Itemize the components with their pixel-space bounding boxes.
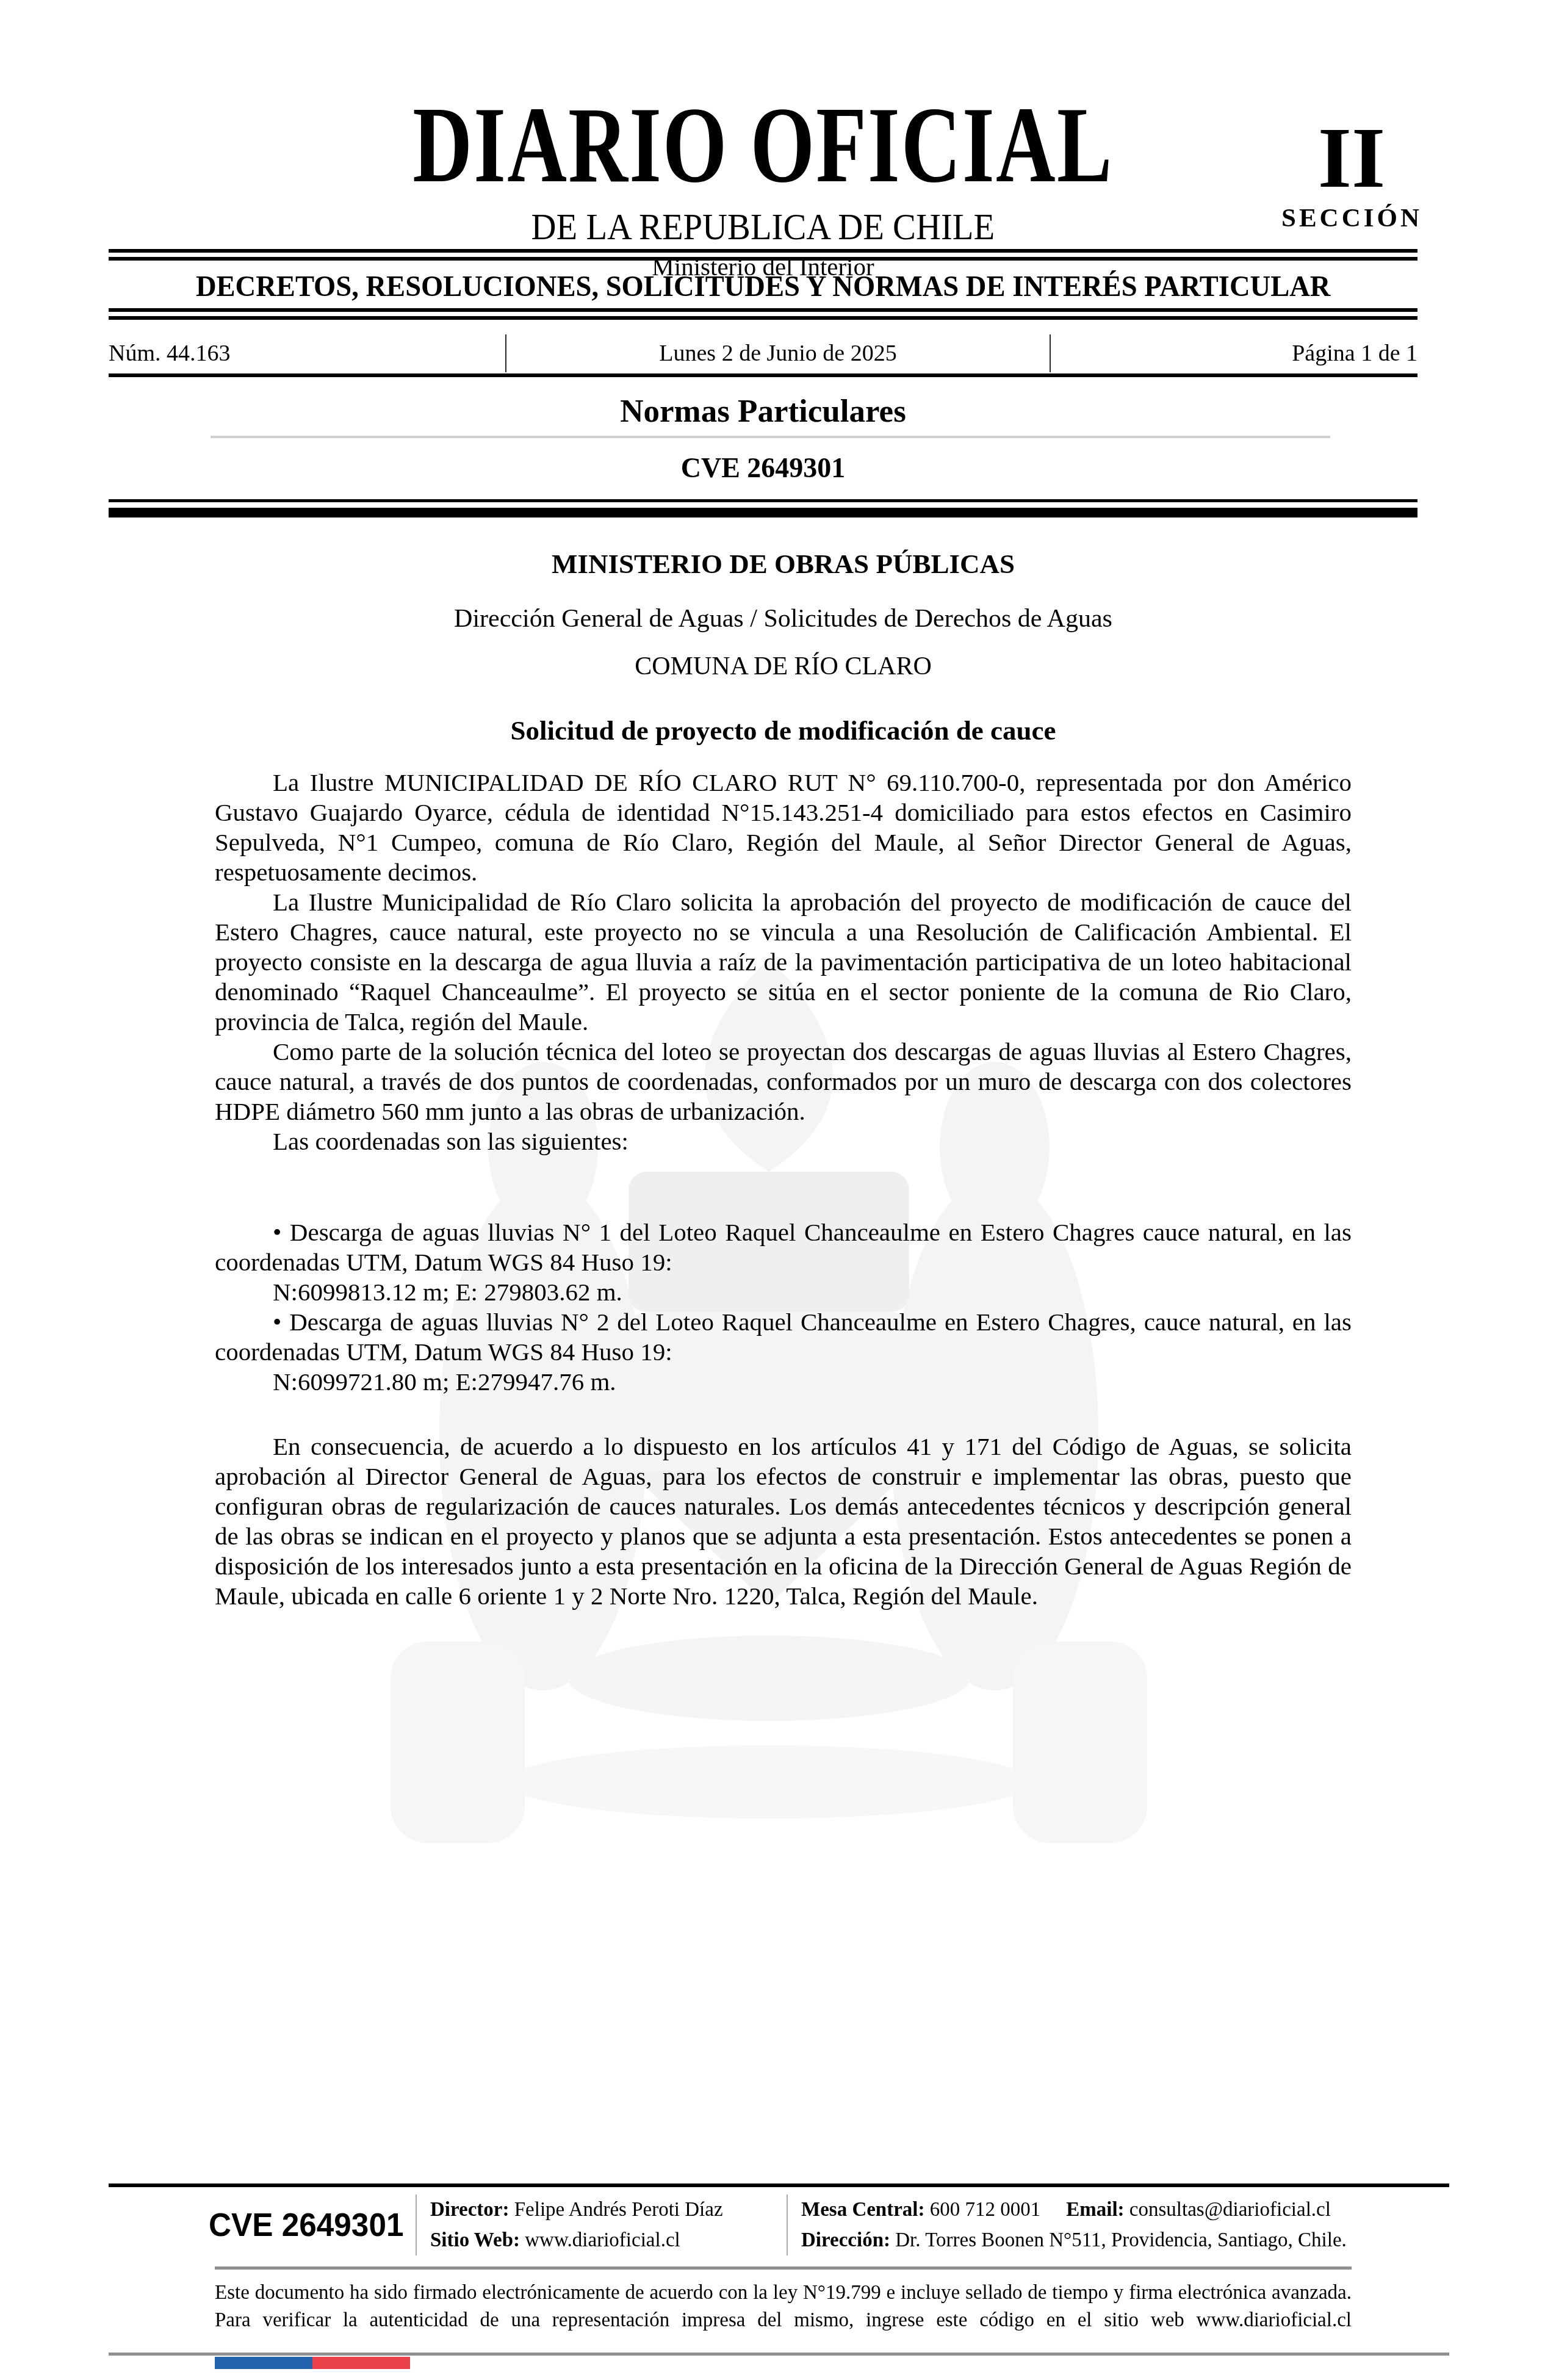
footer-phone-email-line: Mesa Central: 600 712 0001Email: consult…: [801, 2194, 1449, 2225]
section-heading: Normas Particulares: [109, 393, 1417, 430]
gazette-subtitle: DE LA REPUBLICA DE CHILE: [531, 209, 995, 246]
notice-department: Dirección General de Aguas / Solicitudes…: [215, 606, 1352, 632]
director-name: Felipe Andrés Peroti Díaz: [514, 2199, 723, 2221]
website-label: Sitio Web:: [430, 2229, 520, 2251]
footer-gray-rule: [215, 2266, 1352, 2270]
address-label: Dirección:: [801, 2229, 890, 2251]
notice-title: Solicitud de proyecto de modificación de…: [215, 717, 1352, 745]
gray-divider: [211, 436, 1330, 438]
flag-blue-block: [215, 2357, 312, 2369]
coordinates-line: N:6099813.12 m; E: 279803.62 m.: [215, 1277, 1352, 1307]
band-title: DECRETOS, RESOLUCIONES, SOLICITUDES Y NO…: [109, 271, 1417, 301]
notice-commune: COMUNA DE RÍO CLARO: [215, 654, 1352, 679]
rule-under-meta: [109, 373, 1417, 377]
footer-address-line: Dirección: Dr. Torres Boonen N°511, Prov…: [801, 2225, 1449, 2256]
footer-cve-code: CVE 2649301: [209, 2206, 403, 2244]
closing-paragraph: En consecuencia, de acuerdo a lo dispues…: [215, 1432, 1352, 1611]
email-label: Email:: [1066, 2199, 1124, 2221]
paragraph: La Ilustre Municipalidad de Río Claro so…: [215, 887, 1352, 1037]
paragraph: La Ilustre MUNICIPALIDAD DE RÍO CLARO RU…: [215, 768, 1352, 887]
paragraph: Las coordenadas son las siguientes:: [215, 1127, 1352, 1156]
address-value: Dr. Torres Boonen N°511, Providencia, Sa…: [895, 2229, 1347, 2251]
coordinates-line: N:6099721.80 m; E:279947.76 m.: [215, 1367, 1352, 1397]
section-number: II: [1281, 120, 1422, 196]
issue-date: Lunes 2 de Junio de 2025: [505, 334, 1051, 372]
gazette-page: DIARIO OFICIAL DE LA REPUBLICA DE CHILE …: [0, 0, 1556, 2380]
section-label: SECCIÓN: [1281, 203, 1422, 233]
footer-website-line: Sitio Web: www.diarioficial.cl: [430, 2225, 787, 2256]
bullet-item: • Descarga de aguas lluvias N° 1 del Lot…: [215, 1217, 1352, 1277]
footer: CVE 2649301 Director: Felipe Andrés Pero…: [109, 2183, 1449, 2369]
email-address[interactable]: consultas@diarioficial.cl: [1129, 2199, 1331, 2221]
footer-cve: CVE 2649301: [109, 2194, 416, 2256]
footer-director-line: Director: Felipe Andrés Peroti Díaz: [430, 2194, 787, 2225]
footer-bottom-rule: [109, 2353, 1449, 2356]
page-indicator: Página 1 de 1: [1051, 340, 1417, 367]
notice-headings: MINISTERIO DE OBRAS PÚBLICAS Dirección G…: [215, 550, 1352, 745]
flag-red-block: [312, 2357, 410, 2369]
phone-label: Mesa Central:: [801, 2199, 925, 2221]
thin-thick-rule: [109, 499, 1417, 517]
website-url[interactable]: www.diarioficial.cl: [525, 2229, 680, 2251]
footer-top-rule: [109, 2183, 1449, 2187]
director-label: Director:: [430, 2199, 509, 2221]
issue-number: Núm. 44.163: [109, 340, 505, 367]
section-indicator: II SECCIÓN: [1281, 120, 1422, 233]
footer-band: CVE 2649301 Director: Felipe Andrés Pero…: [109, 2194, 1449, 2256]
bullet-item: • Descarga de aguas lluvias N° 2 del Lot…: [215, 1307, 1352, 1367]
double-rule-top: [109, 249, 1417, 261]
chile-flag-mark: [215, 2357, 410, 2369]
notice-body: La Ilustre MUNICIPALIDAD DE RÍO CLARO RU…: [215, 768, 1352, 1611]
footer-legal-text: Este documento ha sido firmado electróni…: [215, 2279, 1352, 2334]
phone-number: 600 712 0001: [930, 2199, 1041, 2221]
paragraph: Como parte de la solución técnica del lo…: [215, 1037, 1352, 1127]
footer-director-col: Director: Felipe Andrés Peroti Díaz Siti…: [417, 2194, 787, 2256]
issue-meta-row: Núm. 44.163 Lunes 2 de Junio de 2025 Pág…: [109, 334, 1417, 372]
gazette-title: DIARIO OFICIAL: [412, 90, 1113, 199]
notice-ministry: MINISTERIO DE OBRAS PÚBLICAS: [215, 550, 1352, 578]
footer-contact-col: Mesa Central: 600 712 0001Email: consult…: [788, 2194, 1449, 2256]
double-rule-under-band: [109, 308, 1417, 320]
cve-code-heading: CVE 2649301: [109, 452, 1417, 484]
